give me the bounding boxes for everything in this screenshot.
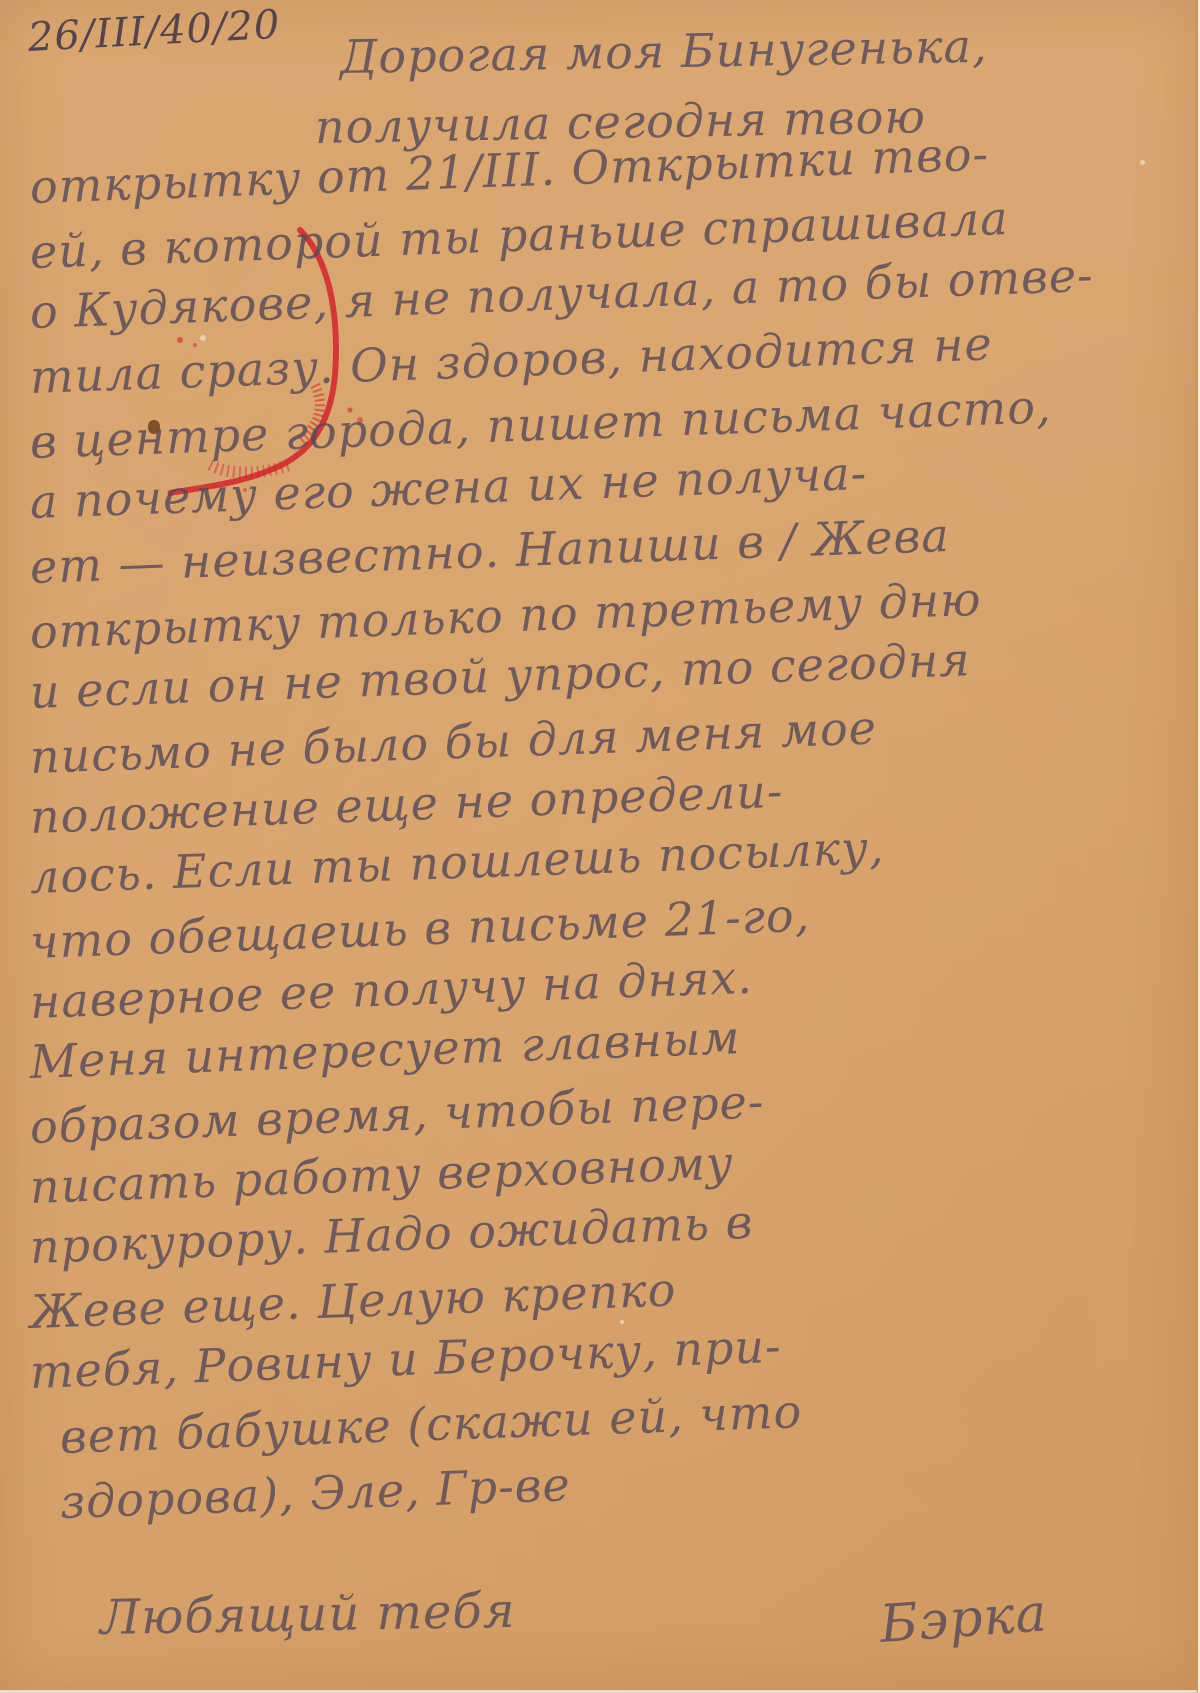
letter-line: вет бабушке (скажи ей, что xyxy=(59,1384,803,1464)
paper-speck xyxy=(1140,160,1145,165)
letter-date: 26/III/40/20 xyxy=(27,2,282,61)
letter-closing: Любящий тебя xyxy=(100,1583,516,1646)
letter-line: Дорогая моя Бинугенька, xyxy=(340,19,988,84)
paper-speck xyxy=(200,335,206,341)
letter-signature: Бэрка xyxy=(878,1583,1049,1655)
letter-paper: 26/III/40/20 Дорогая моя Бинугенька,полу… xyxy=(0,0,1198,1693)
letter-line: здорова), Эле, Гр-ве xyxy=(59,1457,571,1529)
